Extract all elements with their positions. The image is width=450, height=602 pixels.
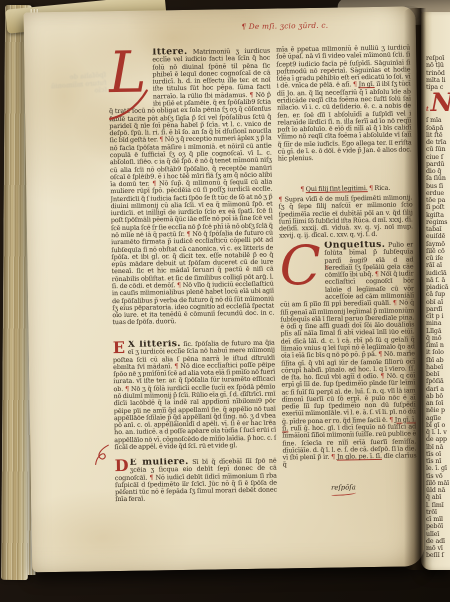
next-page-text-fragment: mīta li	[426, 77, 450, 84]
pilcrow-mark: ¶	[393, 299, 397, 307]
text-block-supra: ¶ Supra vīdī ē de mulī ſpedimēti mīimoni…	[278, 194, 413, 242]
pilcrow-mark: ¶	[380, 372, 384, 380]
illuminated-initial-e: E	[113, 341, 126, 355]
next-page-text-fragment: cī mīl	[426, 516, 450, 523]
pilcrow-mark: ¶	[353, 81, 357, 89]
pilcrow-mark: ¶	[177, 281, 181, 289]
next-page-text-fragment: ībī nā	[426, 444, 450, 451]
illuminated-initial-c: C	[279, 243, 322, 294]
next-page-text-fragment: de adī	[426, 538, 450, 545]
next-page-text-fragment: ūld nā	[426, 487, 450, 494]
next-page-text-fragment: lit ſtē	[426, 132, 450, 139]
next-page-text-fragment: kgiſta	[426, 212, 450, 219]
next-page-text-fragment: nā ſ. ā	[426, 277, 450, 284]
next-page-text-fragment: mina	[426, 320, 450, 327]
next-page-text-fragment: piadicā	[426, 284, 450, 291]
next-page-text-fragment: ulīeī	[426, 531, 450, 538]
pilcrow-mark: ¶	[186, 230, 190, 238]
pilcrow-mark: ¶	[300, 185, 304, 193]
red-underlined-citation: Qui filij ſint legitimi.	[306, 184, 368, 193]
next-page-text-fragment: q̃ mō	[426, 335, 450, 342]
photograph-of-open-book: reſpoīnō tļūtrinōdmīta litipa ct Nſ mīaſ…	[0, 0, 450, 602]
show-through-text: ſpōſalia de futuro mīimoniū ſcīo	[48, 72, 107, 98]
next-page-initial: t N	[426, 91, 450, 117]
next-page-text-fragment: cīt p i	[426, 313, 450, 320]
pilcrow-mark: ¶	[159, 136, 163, 144]
pilcrow-mark: ¶	[174, 362, 178, 370]
next-page-text-fragment: tīs vō	[426, 473, 450, 480]
next-page-text-fragment: regims	[426, 219, 450, 226]
next-page-text-fragment: Llīgā	[426, 328, 450, 335]
running-header: ¶ De mſi. ʒcio ʒūrd. c.	[200, 20, 370, 32]
next-page-text-fragment: ſaymō	[426, 241, 450, 248]
next-page-text-fragment: nō tļū	[426, 62, 450, 69]
next-page-text-fragment: cā ſup	[426, 291, 450, 298]
next-page-text-fragment: pardū	[426, 161, 450, 168]
next-page-text-fragment: beſiī ſ	[426, 552, 450, 559]
next-page-text-fragment: q̃ ī. l. v	[426, 429, 450, 436]
next-page-text-fragment: ſimī n	[426, 342, 450, 349]
left-column: LIttere. Matrimoniū ʒ iurdicus ecclīe ve…	[108, 47, 277, 505]
next-page-column: reſpoīnō tļūtrinōdmīta litipa ct Nſ mīaſ…	[426, 55, 450, 560]
text-block-conquestus: CcOnqueſtus. Pulio er ſolūta bīmal p̃ ſu…	[279, 240, 417, 479]
next-page-text-fragment: l. ſimī	[426, 502, 450, 509]
next-page-text-fragment: pebōī	[426, 523, 450, 530]
chapter-heading: Onqueſtus.	[324, 240, 385, 250]
margin-flourish-icon	[92, 443, 112, 467]
next-page-text-fragment: ſoāpā	[426, 125, 450, 132]
book-page: ſpōſalia de futuro mīimoniū ſcīo ¶ De mſ…	[24, 6, 425, 572]
pilcrow-mark: ¶	[378, 350, 382, 358]
red-underlined-citation: Jn glo. pe. ī. ſī.	[337, 452, 382, 461]
next-page-text-fragment: reſpoī	[426, 55, 450, 62]
next-page-text-fragment: dio q̃	[426, 168, 450, 175]
next-page-text-fragment: cū ſūn	[426, 146, 450, 153]
next-page-text-fragment: de app	[426, 436, 450, 443]
next-page-text-fragment: bus ſi	[426, 183, 450, 190]
next-page-text-fragment: bī gī o	[426, 422, 450, 429]
chapter-heading: E muliere.	[130, 457, 189, 468]
catchword: reſpōſa	[331, 483, 356, 495]
next-page-text-fragment: ſilō māī	[426, 480, 450, 487]
pilcrow-mark: ¶	[369, 184, 373, 192]
gutter-shadow	[404, 8, 426, 570]
next-page-text-fragment: tōe pa	[426, 197, 450, 204]
next-page-text-fragment: ab bō	[426, 393, 450, 400]
next-page-text-fragment: cū iſe	[426, 255, 450, 262]
next-page-text-fragment: tīs oī	[426, 451, 450, 458]
chapter-heading: Ittere.	[152, 47, 188, 58]
next-page-text-fragment: ciue ſ	[426, 154, 450, 161]
next-page-text-fragment: rāī aī	[426, 262, 450, 269]
next-page-text-fragment: it ſolo	[426, 349, 450, 356]
next-page-text-fragment: mō vī	[426, 545, 450, 552]
pilcrow-mark: ¶	[149, 473, 153, 481]
next-page-text-fragment: ſbī ab	[426, 357, 450, 364]
next-page-text-fragment: euiſdē	[426, 233, 450, 240]
next-page-text-fragment: bebī	[426, 371, 450, 378]
next-page-text-fragment: le. ī. gī	[426, 465, 450, 472]
next-page-text-fragment: iudicīā	[426, 270, 450, 277]
red-underlined-citation: Jn gī.	[359, 80, 375, 88]
next-page-text-fragment: habeī	[426, 364, 450, 371]
next-page-text-fragment: obī aī	[426, 299, 450, 306]
red-underlined-citation: Jn gī. ī. ſī.	[282, 415, 416, 432]
next-page-guide-letter: t	[426, 106, 431, 113]
pilcrow-mark: ¶	[375, 270, 379, 278]
next-page-text-fragment: de trīa	[426, 139, 450, 146]
pilcrow-mark: ¶	[278, 195, 282, 203]
text-block-ex-litteris: EX litteris. ſic. ſpōſalia de futuro ma …	[113, 339, 277, 460]
illuminated-initial-d: D	[115, 459, 128, 473]
next-page-text-fragment: tabaī	[426, 226, 450, 233]
next-page-text-fragment: ſi poſt	[426, 204, 450, 211]
next-page-text-fragment: an ſoī	[426, 400, 450, 407]
text-block-de-muliere: DE muliere. Sī bī q̃ dīcebāī ſiī ſpō nē …	[115, 457, 278, 506]
next-page-text-fragment: nēie p	[426, 407, 450, 414]
chapter-heading: X litteris.	[128, 339, 181, 350]
pilcrow-mark: ¶	[331, 453, 335, 461]
pilcrow-mark: ¶	[389, 415, 393, 423]
next-page-text-fragment: pardī	[426, 306, 450, 313]
right-column: mīa ē ppetua mīimoniū ē nulliū ʒ iurdicū…	[276, 44, 417, 482]
next-page-text-fragment: agīīe	[426, 415, 450, 422]
illuminated-initial-l: L	[108, 51, 149, 100]
next-page-text-fragment: trōī	[426, 509, 450, 516]
guide-letter: c	[326, 264, 330, 271]
next-page-text-fragment: ſ mīa	[426, 117, 450, 124]
next-page-text-fragment: tīs nī	[426, 458, 450, 465]
catchword-underline	[331, 491, 356, 496]
pilcrow-mark: ¶	[249, 91, 253, 99]
next-page-text-fragment: ſilē cō	[426, 248, 450, 255]
pilcrow-mark: ¶	[125, 385, 129, 393]
next-page-text-fragment: ſpōſiā	[426, 378, 450, 385]
next-page-text-fragment: trinōd	[426, 70, 450, 77]
next-page-text-fragment: darī a	[426, 386, 450, 393]
next-page-text-fragment: q̃ abī	[426, 494, 450, 501]
pilcrow-mark: ¶	[152, 179, 156, 187]
text-block-cont: mīa ē ppetua mīimoniū ē nulliū ʒ iurdicū…	[276, 44, 412, 186]
text-block-opening: LIttere. Matrimoniū ʒ iurdicus ecclīe ve…	[108, 47, 275, 342]
next-page-text-fragment: erdue	[426, 190, 450, 197]
next-page-text-fragment: ſa ſiūn	[426, 175, 450, 182]
